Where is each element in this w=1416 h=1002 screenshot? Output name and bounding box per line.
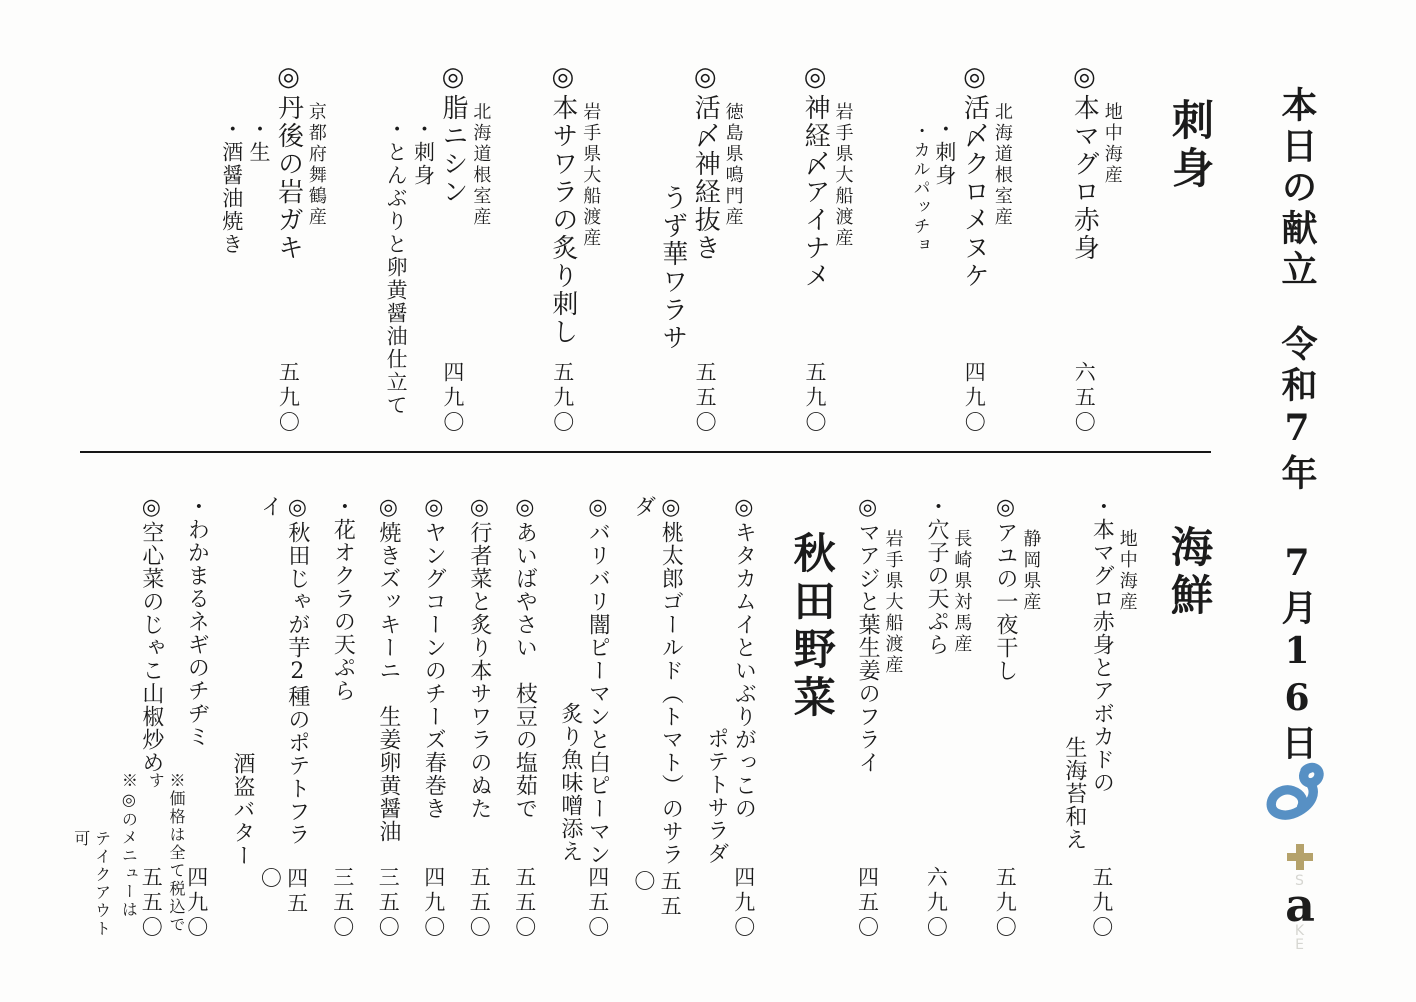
item-price: 四五〇	[584, 866, 610, 941]
brush-swirl-icon	[1264, 760, 1336, 836]
group-akita-vegetables: 秋田野菜 ◎キタカムイといぶりがっこの 四九〇 ポテトサラダ ◎桃太郎ゴールド（…	[137, 489, 835, 941]
menu-title: 本日の献立令和7年 7月16日	[1272, 86, 1320, 776]
item-main: ・わかまるネギのチヂミ 四九〇	[183, 489, 211, 941]
note-takeout-line1: ※◎のメニューは	[118, 772, 139, 944]
item-name: ◎脂ニシン	[436, 62, 469, 206]
item-name: ・花オクラの天ぷら	[329, 495, 357, 702]
item-name: ◎秋田じゃが芋2種のポテトフライ	[256, 495, 311, 867]
item-name: ◎空心菜のじゃこ山椒炒め	[137, 495, 165, 774]
item-price: 六九〇	[923, 866, 949, 941]
item-source: 静岡県産	[1019, 489, 1042, 941]
item-main: ◎本サワラの炙り刺し 五九〇	[546, 62, 579, 436]
item-source: 北海道根室産	[990, 62, 1013, 436]
item-main: ◎本マグロ赤身 六五〇	[1068, 62, 1101, 436]
item-name: ◎ヤングコーンのチーズ春巻き	[420, 495, 448, 820]
menu-item-abura-nishin: 北海道根室産 ◎脂ニシン 四九〇 ・刺身 ・とんぶりと卵黄醤油仕立て	[382, 62, 492, 436]
item-name-line2: 生海苔和え	[1060, 489, 1088, 941]
menu-item-anago: 長崎県対馬産 ・穴子の天ぷら 六九〇	[923, 489, 974, 941]
menu-item-kitakamui: ◎キタカムイといぶりがっこの 四九〇 ポテトサラダ	[702, 489, 757, 941]
menu-item-aibayasai-edamame: ◎あいばやさい 枝豆の塩茹で 五五〇	[511, 489, 539, 941]
menu-item-akita-jagaimo: ◎秋田じゃが芋2種のポテトフライ 四五〇 酒盗バター	[228, 489, 311, 941]
item-main: ・本マグロ赤身とアボカドの 五九〇	[1088, 489, 1116, 941]
restaurant-logo: S a K E	[1256, 760, 1344, 952]
note-takeout-line2: テイクアウト可	[70, 772, 112, 944]
item-name: ◎あいばやさい 枝豆の塩茹で	[511, 495, 539, 820]
item-price: 五九〇	[549, 361, 575, 436]
note-tax-included: ※価格は全て税込です	[144, 772, 186, 944]
item-main: ・花オクラの天ぷら 三五〇	[329, 489, 357, 941]
item-main: ◎焼きズッキーニ 生姜卵黄醤油 三五〇	[374, 489, 402, 941]
menu-item-maaji: 岩手県大船渡産 ◎マアジと葉生姜のフライ 四五〇	[854, 489, 905, 941]
item-name: ・わかまるネギのチヂミ	[183, 495, 211, 748]
plus-icon	[1287, 844, 1313, 870]
menu-item-momotaro-gold: ◎桃太郎ゴールド（トマト）のサラダ 五五〇	[629, 489, 684, 941]
item-sub: ・刺身	[409, 62, 436, 436]
item-main: ◎活〆神経抜き 五五〇	[689, 62, 722, 436]
section-heading-seafood: 海鮮	[1165, 489, 1213, 941]
item-price: 五九〇	[1088, 866, 1114, 941]
item-name-line2: 酒盗バター	[228, 489, 256, 941]
section-bottom: 海鮮 地中海産 ・本マグロ赤身とアボカドの 五九〇 生海苔和え 静岡県産 ◎アユ…	[157, 489, 1213, 941]
menu-item-young-corn: ◎ヤングコーンのチーズ春巻き 四九〇	[420, 489, 448, 941]
item-main: ◎あいばやさい 枝豆の塩茹で 五五〇	[511, 489, 539, 941]
menu-item-sawara: 岩手県大船渡産 ◎本サワラの炙り刺し 五九〇	[546, 62, 602, 436]
item-source: 北海道根室産	[469, 62, 492, 436]
item-name: ・本マグロ赤身とアボカドの	[1088, 495, 1116, 794]
item-price: 五九〇	[802, 361, 828, 436]
item-source: 地中海産	[1115, 489, 1138, 941]
footer-notes: ※価格は全て税込です ※◎のメニューは テイクアウト可	[64, 772, 186, 944]
item-main: ◎マアジと葉生姜のフライ 四五〇	[854, 489, 882, 941]
item-price: 四九〇	[440, 361, 466, 436]
item-name-line2: うず華ワラサ	[656, 62, 689, 436]
item-main: ◎丹後の岩ガキ 五九〇	[272, 62, 305, 436]
item-price: 三五〇	[329, 866, 355, 941]
item-price: 五九〇	[275, 361, 301, 436]
menu-item-ayu: 静岡県産 ◎アユの一夜干し 五九〇	[991, 489, 1042, 941]
menu-item-wakamaru-negi: ・わかまるネギのチヂミ 四九〇	[183, 489, 211, 941]
item-price: 四九〇	[420, 866, 446, 941]
sake-letter-k: K	[1295, 924, 1305, 938]
menu-item-hon-maguro: 地中海産 ◎本マグロ赤身 六五〇	[1068, 62, 1124, 436]
item-name: ◎本マグロ赤身	[1068, 62, 1101, 262]
section-heading-akita: 秋田野菜	[787, 489, 835, 941]
item-price: 五九〇	[992, 866, 1018, 941]
item-name: ◎活〆クロメヌケ	[958, 62, 991, 290]
item-source: 長崎県対馬産	[950, 489, 973, 941]
item-price: 五五〇	[692, 361, 718, 436]
item-sub: ・生	[245, 62, 272, 436]
item-main: ◎活〆クロメヌケ 四九〇	[958, 62, 991, 436]
item-price: 六五〇	[1071, 361, 1097, 436]
item-sub: ・とんぶりと卵黄醤油仕立て	[382, 62, 409, 436]
sake-wordmark: S a K E	[1256, 874, 1344, 952]
menu-item-warasa: 徳島県鳴門産 ◎活〆神経抜き 五五〇 うず華ワラサ	[656, 62, 744, 436]
item-price: 四五〇	[854, 866, 880, 941]
item-price: 五五〇	[511, 866, 537, 941]
item-price: 四五〇	[257, 867, 310, 942]
sake-letter-a: a	[1285, 888, 1315, 924]
item-name: ◎バリバリ闇ピーマンと白ピーマン	[584, 495, 612, 866]
item-source: 岩手県大船渡産	[831, 62, 854, 436]
item-name: ◎マアジと葉生姜のフライ	[854, 495, 882, 774]
item-source: 岩手県大船渡産	[881, 489, 904, 941]
item-main: ◎行者菜と炙り本サワラのぬた 五五〇	[465, 489, 493, 941]
menu-item-baribari-piman: ◎バリバリ闇ピーマンと白ピーマン 四五〇 炙り魚味噌添え	[556, 489, 611, 941]
item-price: 三五〇	[375, 866, 401, 941]
item-price: 四九〇	[730, 866, 756, 941]
item-main: ◎ヤングコーンのチーズ春巻き 四九〇	[420, 489, 448, 941]
item-main: ◎桃太郎ゴールド（トマト）のサラダ 五五〇	[629, 489, 684, 941]
item-name-line2: 炙り魚味噌添え	[556, 489, 584, 941]
section-divider	[80, 451, 1211, 453]
menu-date: 令和7年 7月16日	[1276, 325, 1318, 765]
group-seafood: 海鮮 地中海産 ・本マグロ赤身とアボカドの 五九〇 生海苔和え 静岡県産 ◎アユ…	[854, 489, 1213, 941]
item-name: ◎神経〆アイナメ	[799, 62, 832, 290]
item-source: 京都府舞鶴産	[304, 62, 327, 436]
item-name-line2: ポテトサラダ	[702, 489, 730, 941]
item-price: 四九〇	[961, 361, 987, 436]
item-name: ◎桃太郎ゴールド（トマト）のサラダ	[629, 495, 684, 870]
menu-item-kuromenuke: 北海道根室産 ◎活〆クロメヌケ 四九〇 ・刺身 ・カルパッチョ	[909, 62, 1014, 436]
item-price: 五五〇	[631, 870, 684, 941]
item-name: ◎活〆神経抜き	[689, 62, 722, 262]
item-main: ◎脂ニシン 四九〇	[436, 62, 469, 436]
item-name: ◎丹後の岩ガキ	[272, 62, 305, 262]
item-sub: ・刺身	[931, 62, 958, 436]
item-source: 徳島県鳴門産	[721, 62, 744, 436]
item-main: ◎神経〆アイナメ 五九〇	[799, 62, 832, 436]
item-price: 四九〇	[183, 866, 209, 941]
item-name: ◎本サワラの炙り刺し	[546, 62, 579, 346]
item-main: ・穴子の天ぷら 六九〇	[923, 489, 951, 941]
item-main: ◎アユの一夜干し 五九〇	[991, 489, 1019, 941]
item-name: ◎キタカムイといぶりがっこの	[730, 495, 758, 820]
menu-item-ainame: 岩手県大船渡産 ◎神経〆アイナメ 五九〇	[799, 62, 855, 436]
item-source: 地中海産	[1100, 62, 1123, 436]
item-main: ◎キタカムイといぶりがっこの 四九〇	[730, 489, 758, 941]
menu-item-maguro-avocado: 地中海産 ・本マグロ赤身とアボカドの 五九〇 生海苔和え	[1060, 489, 1138, 941]
item-sub: ・酒醤油焼き	[217, 62, 244, 436]
section-heading-sashimi: 刺身	[1166, 62, 1214, 436]
menu-title-text: 本日の献立	[1276, 86, 1318, 291]
item-name: ・穴子の天ぷら	[923, 495, 951, 656]
menu-item-iwagaki: 京都府舞鶴産 ◎丹後の岩ガキ 五九〇 ・生 ・酒醤油焼き	[217, 62, 327, 436]
item-main: ◎秋田じゃが芋2種のポテトフライ 四五〇	[256, 489, 311, 941]
sake-letter-e: E	[1295, 938, 1305, 952]
item-main: ◎バリバリ闇ピーマンと白ピーマン 四五〇	[584, 489, 612, 941]
menu-item-yaki-zucchini: ◎焼きズッキーニ 生姜卵黄醤油 三五〇	[374, 489, 402, 941]
menu-item-hana-okra: ・花オクラの天ぷら 三五〇	[329, 489, 357, 941]
menu-item-gyojana-nuta: ◎行者菜と炙り本サワラのぬた 五五〇	[465, 489, 493, 941]
item-name: ◎行者菜と炙り本サワラのぬた	[465, 495, 493, 820]
item-name: ◎アユの一夜干し	[991, 495, 1019, 682]
item-name: ◎焼きズッキーニ 生姜卵黄醤油	[374, 495, 402, 843]
item-source: 岩手県大船渡産	[579, 62, 602, 436]
item-price: 五五〇	[466, 866, 492, 941]
item-sub: ・カルパッチョ	[909, 62, 931, 436]
section-sashimi: 刺身 地中海産 ◎本マグロ赤身 六五〇 北海道根室産 ◎活〆クロメヌケ 四九〇 …	[158, 62, 1214, 436]
